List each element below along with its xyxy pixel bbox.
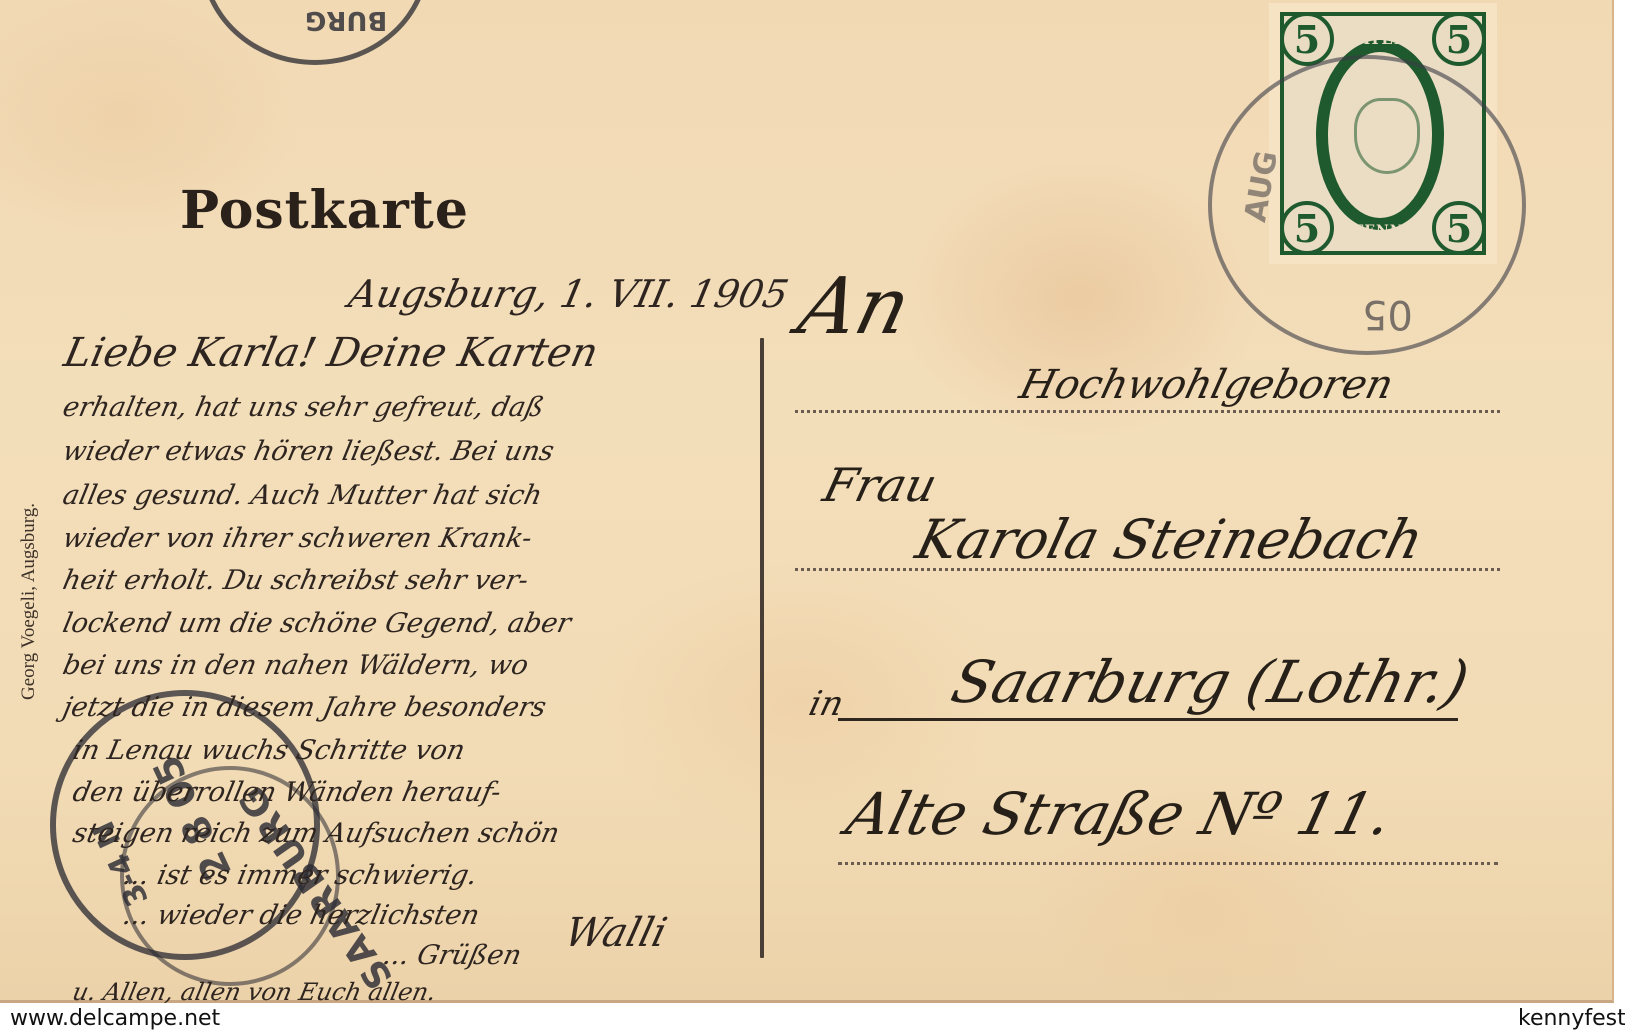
letter-line: u. Allen, allen von Euch allen. xyxy=(70,978,439,1006)
address-line-street xyxy=(838,862,1498,865)
postcard-title: Postkarte xyxy=(180,180,469,241)
watermark-right: kennyfester xyxy=(1518,1006,1625,1031)
address-street: Alte Straße Nº 11. xyxy=(840,780,1399,848)
address-salutation: An xyxy=(790,262,919,352)
letter-dateline: Augsburg, 1. VII. 1905 xyxy=(345,272,792,316)
partial-postmark-top: BURG xyxy=(200,0,430,65)
address-title: Frau xyxy=(818,458,942,512)
letter-line: erhalten, hat uns sehr gefreut, daß xyxy=(60,392,547,423)
stamp-country: BAYERN xyxy=(1284,30,1482,48)
address-name: Karola Steinebach xyxy=(910,508,1430,571)
letter-line: wieder von ihrer schweren Krank- xyxy=(60,523,535,554)
letter-line: alles gesund. Auch Mutter hat sich xyxy=(60,480,545,511)
letter-line: den überrollen Wänden herauf- xyxy=(70,777,504,808)
letter-line: wieder etwas hören ließest. Bei uns xyxy=(60,436,557,467)
letter-line: jetzt die in diesem Jahre besonders xyxy=(60,692,549,723)
address-city: Saarburg (Lothr.) xyxy=(945,648,1476,716)
letter-line: Liebe Karla! Deine Karten xyxy=(60,330,602,376)
origin-postmark-city: AUG xyxy=(1238,148,1285,224)
address-line-1 xyxy=(795,410,1500,413)
publisher-imprint: Georg Voegeli, Augsburg. xyxy=(18,503,40,700)
address-honorific: Hochwohlgeboren xyxy=(1015,362,1398,408)
letter-line: ... wieder die herzlichsten xyxy=(120,900,482,931)
letter-line: steigen reich zum Aufsuchen schön xyxy=(70,818,562,849)
letter-line: heit erholt. Du schreibst sehr ver- xyxy=(60,565,531,596)
letter-line: ... ist es immer schwierig. xyxy=(120,860,480,891)
watermark-left: www.delcampe.net xyxy=(10,1006,220,1031)
origin-postmark: AUG 05 xyxy=(1208,55,1526,355)
letter-signature: Walli xyxy=(560,910,671,956)
address-line-city xyxy=(838,718,1458,721)
letter-line: bei uns in den nahen Wäldern, wo xyxy=(60,650,531,681)
stamp-denomination: PFENNIG xyxy=(1284,223,1482,239)
origin-postmark-year: 05 xyxy=(1362,291,1413,337)
letter-line: lockend um die schöne Gegend, aber xyxy=(60,608,574,639)
letter-line: ... Grüßen xyxy=(380,940,524,971)
letter-line: in Lenau wuchs Schritte von xyxy=(70,735,468,766)
postcard: Postkarte Georg Voegeli, Augsburg. BURG … xyxy=(0,0,1614,1003)
card-divider xyxy=(760,338,764,958)
partial-postmark-text: BURG xyxy=(305,5,387,35)
